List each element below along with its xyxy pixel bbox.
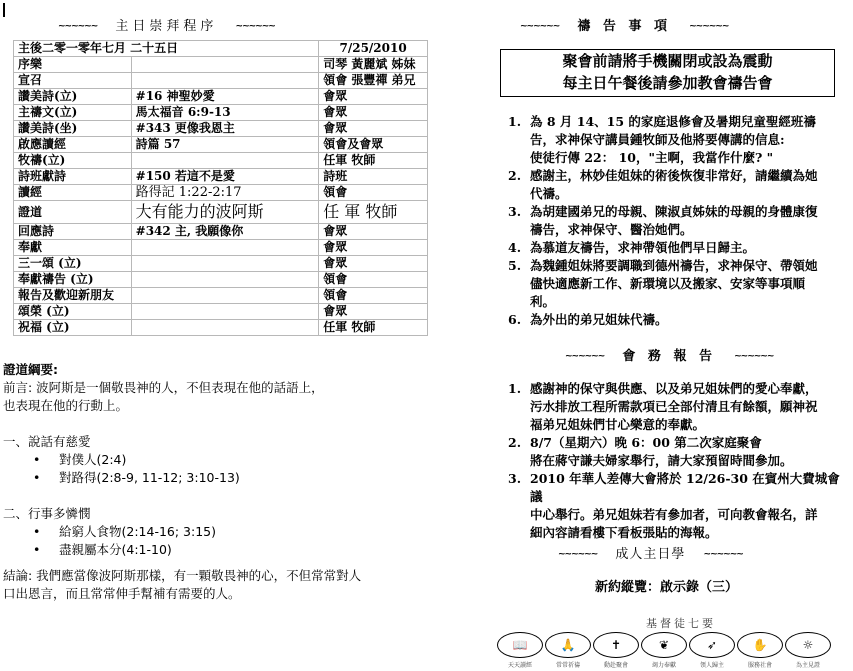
content-cell: 路得記 1:22-2:17 — [131, 185, 319, 201]
table-row: 啟應讀經詩篇 57領會及會眾 — [14, 137, 428, 153]
outline-conclusion-line: 結論: 我們應當像波阿斯那樣，有一顆敬畏神的心，不但常常對人 — [3, 567, 433, 585]
affairs-title: 會 務 報 告 — [622, 349, 716, 364]
item-cell: 祝福 (立) — [14, 320, 132, 336]
item-cell: 讀經 — [14, 185, 132, 201]
item-cell: 奉獻禱告 (立) — [14, 272, 132, 288]
person-cell: 領會 — [319, 185, 428, 201]
notice-line: 聚會前請將手機關閉或設為震動 — [501, 50, 834, 72]
prayer-title: 禱 告 事 項 — [577, 19, 671, 34]
list-item: 對路得(2:8-9, 11-12; 3:10-13) — [3, 469, 433, 487]
community-service-icon: ✋ — [737, 632, 783, 658]
item-cell: 主禱文(立) — [14, 105, 132, 121]
item-cell: 三一頌 (立) — [14, 256, 132, 272]
table-row: 回應詩#342 主, 我願像你會眾 — [14, 224, 428, 240]
item-cell: 讚美詩(立) — [14, 89, 132, 105]
list-item: 盡親屬本分(4:1-10) — [3, 541, 433, 559]
person-cell: 會眾 — [319, 105, 428, 121]
table-row: 宣召領會 張豐禪 弟兄 — [14, 73, 428, 89]
content-cell: #342 主, 我願像你 — [131, 224, 319, 240]
affairs-items: 1.感謝神的保守與供應、以及弟兄姐妹們的愛心奉獻，污水排放工程所需款項已全部付清… — [508, 380, 848, 542]
table-row: 主禱文(立)馬太福音 6:9-13會眾 — [14, 105, 428, 121]
person-cell: 會眾 — [319, 89, 428, 105]
table-row: 讚美詩(坐)#343 更像我恩主會眾 — [14, 121, 428, 137]
item-cell: 讚美詩(坐) — [14, 121, 132, 137]
content-cell: #343 更像我恩主 — [131, 121, 319, 137]
ornament-left: ~~~~~~ — [520, 22, 559, 32]
person-cell: 領會及會眾 — [319, 137, 428, 153]
preacher: 任 軍 牧師 — [319, 201, 428, 224]
table-row: 頌榮 (立)會眾 — [14, 304, 428, 320]
outline-point-1: 一、說話有慈愛 — [3, 433, 433, 451]
person-cell: 詩班 — [319, 169, 428, 185]
content-cell — [131, 153, 319, 169]
person-cell: 司琴 黃麗斌 姊妹 — [319, 57, 428, 73]
content-cell: 詩篇 57 — [131, 137, 319, 153]
ornament-right: ~~~~~~ — [704, 550, 743, 560]
list-item: 對僕人(2:4) — [3, 451, 433, 469]
table-row: 讚美詩(立)#16 神聖妙愛會眾 — [14, 89, 428, 105]
table-row: 三一頌 (立)會眾 — [14, 256, 428, 272]
person-cell: 領會 — [319, 272, 428, 288]
worship-program-heading: ~~~~~~ 主日崇拜程序 ~~~~~~ — [58, 15, 275, 34]
item-cell: 證道 — [14, 201, 132, 224]
content-cell — [131, 57, 319, 73]
table-row: 詩班獻詩#150 若這不是愛詩班 — [14, 169, 428, 185]
item-cell: 頌榮 (立) — [14, 304, 132, 320]
point-2-list: 給窮人食物(2:14-16; 3:15) 盡親屬本分(4:1-10) — [3, 523, 433, 559]
prayer-icon: 🙏 — [545, 632, 591, 658]
content-cell — [131, 288, 319, 304]
list-item: 6.為外出的弟兄姐妹代禱。 — [508, 311, 848, 329]
affairs-heading: ~~~~~~ 會 務 報 告 ~~~~~~ — [565, 345, 773, 364]
notice-line: 每主日午餐後請參加教會禱告會 — [501, 72, 834, 94]
sermon-title: 大有能力的波阿斯 — [131, 201, 319, 224]
list-item: 3.為胡建國弟兄的母親、陳淑貞姊妹的母親的身體康復禱告，求神保守、醫治她們。 — [508, 203, 848, 239]
worship-program-table: 主後二零一零年七月 二十五日 7/25/2010 序樂司琴 黃麗斌 姊妹 宣召領… — [13, 40, 428, 336]
outline-heading: 證道綱要: — [3, 361, 433, 379]
content-cell: #16 神聖妙愛 — [131, 89, 319, 105]
item-cell: 報告及歡迎新朋友 — [14, 288, 132, 304]
content-cell — [131, 304, 319, 320]
person-cell: 領會 — [319, 288, 428, 304]
list-item: 2.感謝主，林妙佳姐妹的術後恢復非常好，請繼續為她代禱。 — [508, 167, 848, 203]
content-cell — [131, 240, 319, 256]
list-item: 給窮人食物(2:14-16; 3:15) — [3, 523, 433, 541]
offering-icon: ❦ — [641, 632, 687, 658]
evangelism-icon: ➶ — [689, 632, 735, 658]
right-column: ~~~~~~ 禱 告 事 項 ~~~~~~ 聚會前請將手機關閉或設為震動 每主日… — [490, 0, 853, 671]
list-item: 5.為魏鍾姐妹將要調職到德州禱告，求神保守、帶領她儘快適應新工作、新環境以及搬家… — [508, 257, 848, 311]
table-row: 讀經路得記 1:22-2:17領會 — [14, 185, 428, 201]
table-header-row: 主後二零一零年七月 二十五日 7/25/2010 — [14, 41, 428, 57]
list-item: 1.感謝神的保守與供應、以及弟兄姐妹們的愛心奉獻，污水排放工程所需款項已全部付清… — [508, 380, 848, 434]
prayer-items: 1.為 8 月 14、15 的家庭退修會及暑期兒童聖經班禱告，求神保守講員鍾牧師… — [508, 113, 848, 329]
list-item: 2.8/7（星期六）晚 6：00 第二次家庭聚會將在蔣守謙夫婦家舉行，請大家預留… — [508, 434, 848, 470]
person-cell: 會眾 — [319, 304, 428, 320]
person-cell: 任軍 牧師 — [319, 153, 428, 169]
essential-item: ☼為主見證 — [784, 632, 832, 669]
content-cell — [131, 73, 319, 89]
essential-item: 🙏常常祈禱 — [544, 632, 592, 669]
sermon-outline: 證道綱要: 前言: 波阿斯是一個敬畏神的人，不但表現在他的話語上， 也表現在他的… — [3, 361, 433, 603]
witness-icon: ☼ — [785, 632, 831, 658]
date-chinese: 主後二零一零年七月 二十五日 — [14, 41, 319, 57]
seven-essentials-graphic: 基督徒七要 📖天天讀經 🙏常常祈禱 ✝動赴聚會 ❦竭力奉獻 ➶領人歸主 ✋服務社… — [496, 618, 836, 671]
sunday-school-subject: 新約縱覽：啟示錄（三） — [490, 576, 843, 595]
content-cell: #150 若這不是愛 — [131, 169, 319, 185]
table-row: 奉獻禱告 (立)領會 — [14, 272, 428, 288]
ornament-right: ~~~~~~ — [689, 22, 728, 32]
person-cell: 會眾 — [319, 224, 428, 240]
essential-item: ✝動赴聚會 — [592, 632, 640, 669]
ornament-left: ~~~~~~ — [58, 22, 97, 32]
item-cell: 啟應讀經 — [14, 137, 132, 153]
content-cell — [131, 272, 319, 288]
ornament-right: ~~~~~~ — [734, 352, 773, 362]
table-row-sermon: 證道大有能力的波阿斯任 軍 牧師 — [14, 201, 428, 224]
person-cell: 會眾 — [319, 240, 428, 256]
point-1-list: 對僕人(2:4) 對路得(2:8-9, 11-12; 3:10-13) — [3, 451, 433, 487]
item-cell: 回應詩 — [14, 224, 132, 240]
person-cell: 任軍 牧師 — [319, 320, 428, 336]
worship-program-title: 主日崇拜程序 — [115, 19, 217, 34]
table-row: 奉獻會眾 — [14, 240, 428, 256]
content-cell — [131, 320, 319, 336]
essential-item: 📖天天讀經 — [496, 632, 544, 669]
table-row: 牧禱(立)任軍 牧師 — [14, 153, 428, 169]
ornament-left: ~~~~~~ — [565, 352, 604, 362]
list-item: 4.為慕道友禱告，求神帶領他們早日歸主。 — [508, 239, 848, 257]
essential-item: ➶領人歸主 — [688, 632, 736, 669]
outline-intro-line: 前言: 波阿斯是一個敬畏神的人，不但表現在他的話語上， — [3, 379, 433, 397]
person-cell: 會眾 — [319, 256, 428, 272]
ornament-left: ~~~~~~ — [558, 550, 597, 560]
table-row: 報告及歡迎新朋友領會 — [14, 288, 428, 304]
table-row: 祝福 (立)任軍 牧師 — [14, 320, 428, 336]
item-cell: 詩班獻詩 — [14, 169, 132, 185]
list-item: 3.2010 年華人差傳大會將於 12/26-30 在賓州大費城會議中心舉行。弟… — [508, 470, 848, 542]
seven-essentials-caption: 基督徒七要 — [526, 618, 836, 630]
sunday-school-title: 成人主日學 — [615, 547, 685, 562]
outline-point-2: 二、行事多憐憫 — [3, 505, 433, 523]
content-cell: 馬太福音 6:9-13 — [131, 105, 319, 121]
prayer-heading: ~~~~~~ 禱 告 事 項 ~~~~~~ — [520, 15, 728, 34]
item-cell: 宣召 — [14, 73, 132, 89]
outline-intro-line: 也表現在他的行動上。 — [3, 397, 433, 415]
item-cell: 序樂 — [14, 57, 132, 73]
item-cell: 牧禱(立) — [14, 153, 132, 169]
person-cell: 會眾 — [319, 121, 428, 137]
notice-box: 聚會前請將手機關閉或設為震動 每主日午餐後請參加教會禱告會 — [500, 49, 835, 97]
list-item: 1.為 8 月 14、15 的家庭退修會及暑期兒童聖經班禱告，求神保守講員鍾牧師… — [508, 113, 848, 167]
sunday-school-heading: ~~~~~~ 成人主日學 ~~~~~~ — [558, 543, 743, 562]
essential-item: ❦竭力奉獻 — [640, 632, 688, 669]
church-gathering-icon: ✝ — [593, 632, 639, 658]
essential-item: ✋服務社會 — [736, 632, 784, 669]
content-cell — [131, 256, 319, 272]
person-cell: 領會 張豐禪 弟兄 — [319, 73, 428, 89]
left-column: ~~~~~~ 主日崇拜程序 ~~~~~~ 主後二零一零年七月 二十五日 7/25… — [0, 0, 440, 671]
outline-conclusion-line: 口出恩言，而且常常伸手幫補有需要的人。 — [3, 585, 433, 603]
item-cell: 奉獻 — [14, 240, 132, 256]
ornament-right: ~~~~~~ — [236, 22, 275, 32]
bible-reading-icon: 📖 — [497, 632, 543, 658]
table-row: 序樂司琴 黃麗斌 姊妹 — [14, 57, 428, 73]
date: 7/25/2010 — [319, 41, 428, 57]
